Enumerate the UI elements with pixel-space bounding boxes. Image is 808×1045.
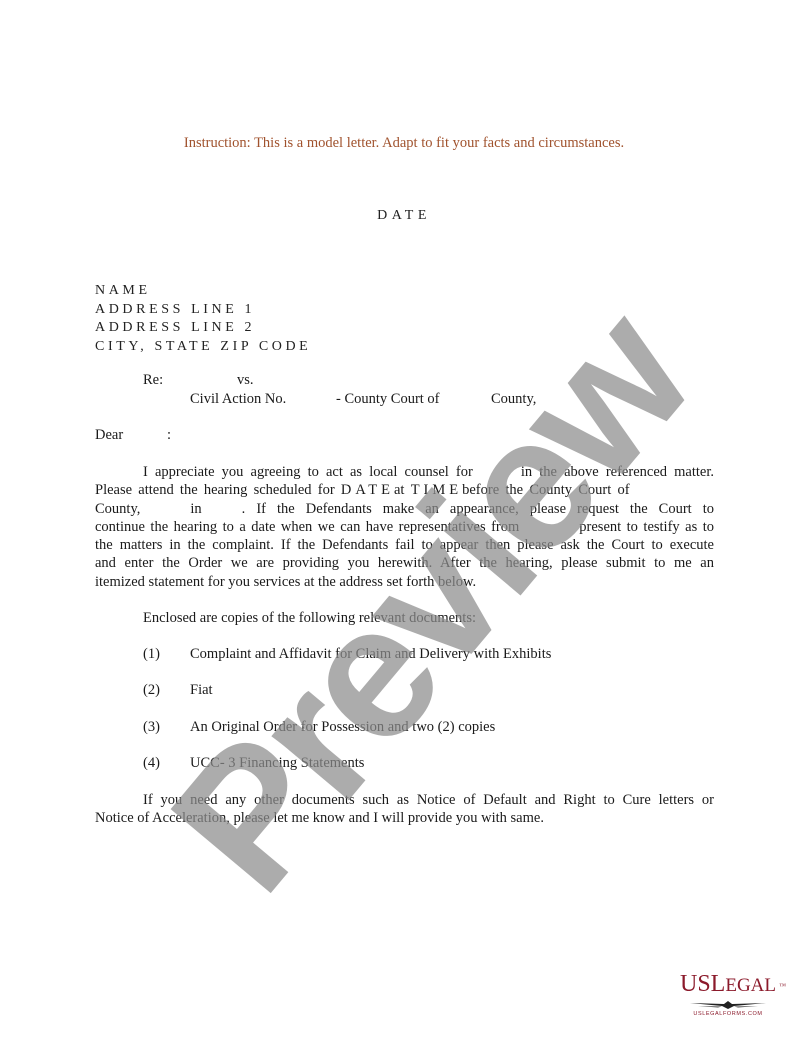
recipient-city-state-zip: CITY, STATE ZIP CODE [95, 338, 311, 357]
county-court-label: - County Court of [336, 391, 440, 408]
paragraph-line: and enter the Order we are providing you… [95, 554, 714, 572]
uslegal-logo: USLEGAL™ USLEGALFORMS.COM [672, 972, 784, 1017]
paragraph-line: Please attend the hearing scheduled for … [95, 481, 714, 499]
document-page: Instruction: This is a model letter. Ada… [0, 0, 808, 1045]
enclosure-item: (3)An Original Order for Possession and … [143, 719, 495, 736]
civil-action-label: Civil Action No. [190, 391, 286, 408]
paragraph-line: continue the hearing to a date when we c… [95, 518, 714, 536]
county-label: County, [491, 391, 536, 408]
paragraph-line: Notice of Acceleration, please let me kn… [95, 809, 714, 827]
vs-label: vs. [237, 372, 254, 389]
body-paragraph-1: I appreciate you agreeing to act as loca… [95, 463, 714, 591]
paragraph-line: If you need any other documents such as … [95, 791, 714, 809]
paragraph-line: the matters in the complaint. If the Def… [95, 536, 714, 554]
recipient-address-block: NAME ADDRESS LINE 1 ADDRESS LINE 2 CITY,… [95, 282, 311, 356]
recipient-address-line-2: ADDRESS LINE 2 [95, 319, 311, 338]
salutation-dear: Dear [95, 427, 123, 444]
recipient-address-line-1: ADDRESS LINE 1 [95, 301, 311, 320]
re-label: Re: [143, 372, 163, 389]
enclosure-item: (2)Fiat [143, 682, 213, 699]
date-placeholder: DATE [0, 208, 808, 224]
paragraph-line: I appreciate you agreeing to act as loca… [95, 463, 714, 481]
logo-wordmark: USLEGAL™ [672, 972, 784, 998]
salutation-colon: : [167, 427, 171, 444]
logo-url: USLEGALFORMS.COM [672, 1011, 784, 1017]
paragraph-line: County,in. If the Defendants make an app… [95, 500, 714, 518]
recipient-name: NAME [95, 282, 311, 301]
enclosures-intro: Enclosed are copies of the following rel… [143, 610, 476, 627]
instruction-note: Instruction: This is a model letter. Ada… [0, 135, 808, 152]
enclosure-item: (1)Complaint and Affidavit for Claim and… [143, 646, 551, 663]
closing-paragraph: If you need any other documents such as … [95, 791, 714, 828]
paragraph-line: itemized statement for you services at t… [95, 573, 714, 591]
eagle-wings-icon [688, 1000, 768, 1010]
enclosure-item: (4)UCC- 3 Financing Statements [143, 755, 364, 772]
